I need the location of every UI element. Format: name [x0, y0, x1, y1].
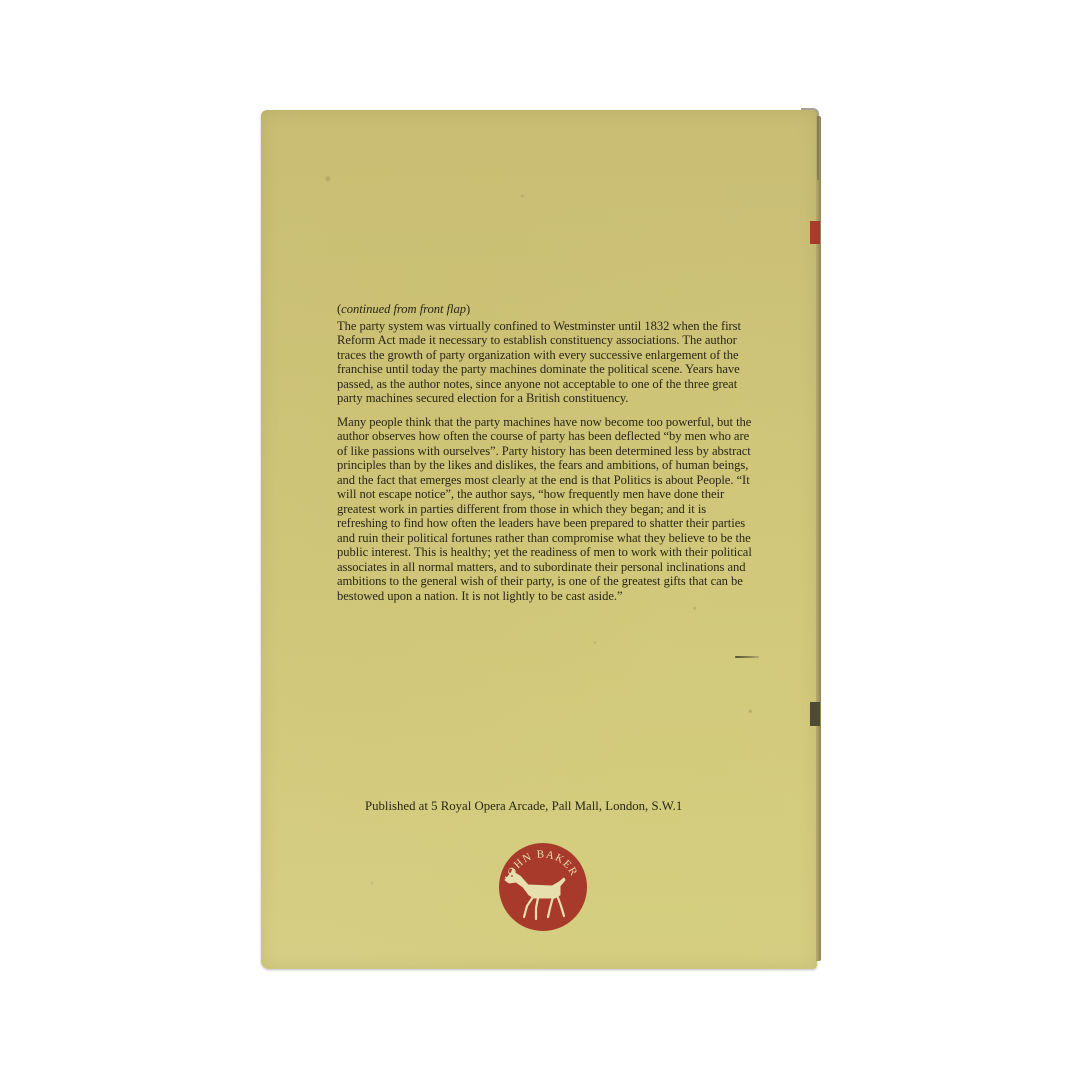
horse-icon: JOHN BAKER [498, 842, 588, 932]
blurb-paragraph-1: The party system was virtually confined … [337, 319, 757, 406]
worn-corner [801, 108, 819, 180]
publisher-logo: JOHN BAKER [498, 842, 588, 932]
ink-mark [735, 656, 759, 658]
spine-mark-dark [810, 702, 820, 726]
blurb-text: (continued from front flap) The party sy… [337, 302, 757, 612]
blurb-paragraph-2: Many people think that the party machine… [337, 415, 757, 604]
book-back-cover: (continued from front flap) The party sy… [261, 110, 817, 969]
publisher-address: Published at 5 Royal Opera Arcade, Pall … [365, 799, 735, 814]
continued-note: (continued from front flap) [337, 302, 757, 317]
spine-mark-red [810, 221, 820, 244]
